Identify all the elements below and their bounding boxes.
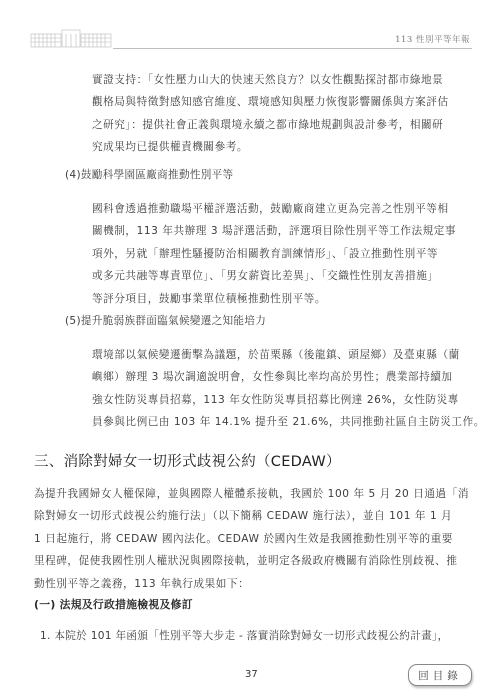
item-5-paragraph: 環境部以氣候變遷衝擊為議題，於苗栗縣（後龍鎮、頭屋鄉）及臺東縣（蘭 嶼鄉）辦理 … <box>92 344 472 434</box>
text-line: 員參與比例已由 103 年 14.1% 提升至 21.6%，共同推動社區自主防災… <box>92 411 472 433</box>
text-line: 或多元共融等專責單位」、「男女薪資比差異」、「交織性性別友善措施」 <box>92 265 472 287</box>
paragraph-research-support: 實證支持：「女性壓力山大的快速天然良方？以女性觀點探討都市綠地景 觀格局與特徵對… <box>92 69 472 159</box>
building-illustration-icon <box>30 28 112 48</box>
list-item-1: 1. 本院於 101 年函頒「性別平等大步走 - 落實消除對婦女一切形式歧視公約… <box>40 628 448 643</box>
header-divider <box>113 48 472 49</box>
text-line: 為提升我國婦女人權保障，並與國際人權體系接軌，我國於 100 年 5 月 20 … <box>34 483 474 505</box>
back-to-toc-button[interactable]: 回目錄 <box>408 664 472 686</box>
page-number: 37 <box>245 669 258 680</box>
report-title: 113 性別平等年報 <box>395 33 470 45</box>
cedaw-intro-paragraph: 為提升我國婦女人權保障，並與國際人權體系接軌，我國於 100 年 5 月 20 … <box>34 483 474 595</box>
page-header: 113 性別平等年報 <box>0 0 502 60</box>
text-line: 強女性防災專員招募，113 年女性防災專員招募比例達 26%，女性防災專 <box>92 389 472 411</box>
item-4-paragraph: 國科會透過推動職場平權評選活動，鼓勵廠商建立更為完善之性別平等相 關機制，113… <box>92 198 472 310</box>
text-line: 究成果均已提供權責機關參考。 <box>92 136 472 158</box>
text-line: 之研究」：提供社會正義與環境永續之都市綠地規劃與設計參考，相關研 <box>92 114 472 136</box>
subsection-heading-regulations: (一) 法規及行政措施檢視及修訂 <box>34 597 193 612</box>
text-line: 里程碑，促使我國性別人權狀況與國際接軌，並明定各級政府機關有消除性別歧視、推 <box>34 550 474 572</box>
text-line: 觀格局與特徵對感知感官維度、環境感知與壓力恢復影響關係與方案評估 <box>92 91 472 113</box>
section-title-cedaw: 三、消除對婦女一切形式歧視公約（CEDAW） <box>34 450 341 471</box>
item-5-heading: (5)提升脆弱族群面臨氣候變遷之知能培力 <box>65 313 266 328</box>
text-line: 1 日起施行，將 CEDAW 國內法化。CEDAW 於國內生效是我國推動性別平等… <box>34 528 474 550</box>
text-line: 嶼鄉）辦理 3 場次調適說明會，女性參與比率均高於男性；農業部持續加 <box>92 366 472 388</box>
text-line: 項外，另就「辦理性騷擾防治相關教育訓練情形」、「設立推動性別平等 <box>92 243 472 265</box>
item-4-heading: (4)鼓勵科學園區廠商推動性別平等 <box>65 167 233 182</box>
text-line: 環境部以氣候變遷衝擊為議題，於苗栗縣（後龍鎮、頭屋鄉）及臺東縣（蘭 <box>92 344 472 366</box>
text-line: 除對婦女一切形式歧視公約施行法」（以下簡稱 CEDAW 施行法），並自 101 … <box>34 505 474 527</box>
text-line: 國科會透過推動職場平權評選活動，鼓勵廠商建立更為完善之性別平等相 <box>92 198 472 220</box>
text-line: 等評分項目，鼓勵事業單位積極推動性別平等。 <box>92 288 472 310</box>
text-line: 動性別平等之義務，113 年執行成果如下： <box>34 573 474 595</box>
text-line: 實證支持：「女性壓力山大的快速天然良方？以女性觀點探討都市綠地景 <box>92 69 472 91</box>
text-line: 關機制，113 年共辦理 3 場評選活動，評選項目除性別平等工作法規定事 <box>92 220 472 242</box>
